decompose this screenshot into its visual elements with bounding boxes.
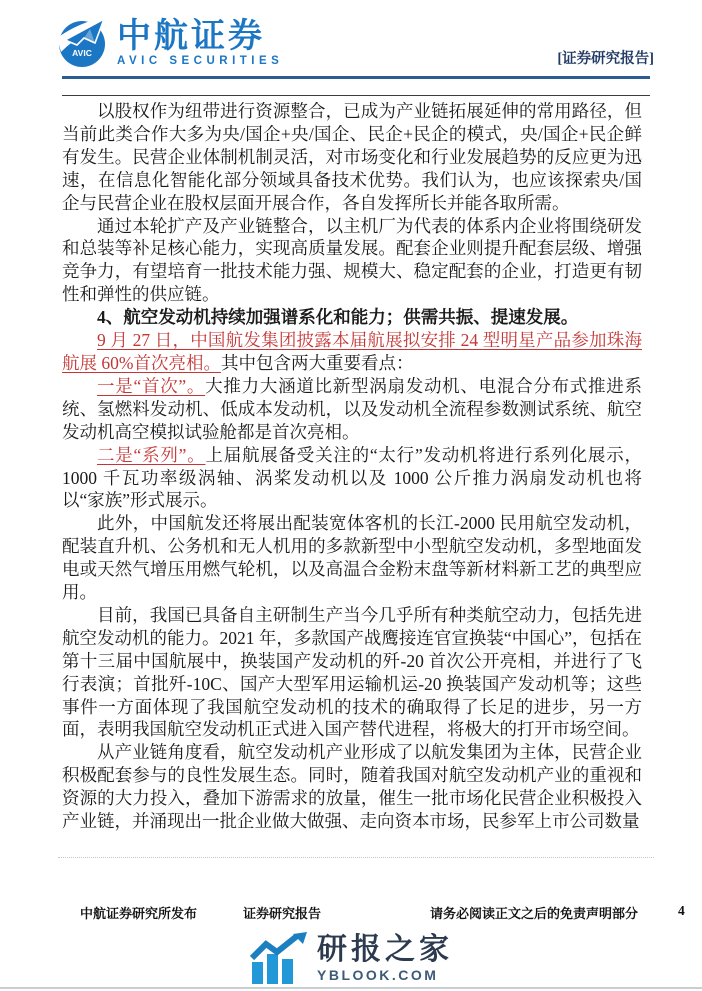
header-rule-thin <box>62 95 650 96</box>
page-bottom-edge <box>0 987 702 989</box>
footer-separator <box>58 857 654 858</box>
paragraph-other-exhibits: 此外，中国航发还将展出配装宽体客机的长江-2000 民用航空发动机，配装直升机、… <box>62 512 642 604</box>
watermark: 研报之家 YBLOOK.COM <box>0 932 702 984</box>
brand-name-en: AVIC SECURITIES <box>117 55 283 67</box>
section-heading-aeroengine: 4、航空发动机持续加强谱系化和能力；供需共振、提速发展。 <box>62 306 642 329</box>
watermark-site-url: YBLOOK.COM <box>317 967 453 983</box>
document-body: 以股权作为纽带进行资源整合，已成为产业链拓展延伸的常用路径，但当前此类合作大多为… <box>62 100 642 833</box>
footer-disclaimer: 请务必阅读正文之后的免责声明部分 <box>430 903 638 922</box>
header-rule-thick <box>62 76 650 79</box>
report-page: AVIC 中航证券 AVIC SECURITIES [证券研究报告] 以股权作为… <box>0 0 702 991</box>
report-tag: [证券研究报告] <box>557 47 654 68</box>
avic-logo-icon: AVIC <box>57 16 109 68</box>
brand-name-cn: 中航证券 <box>117 18 283 54</box>
paragraph-domestic-capability: 目前，我国已具备自主研制生产当今几乎所有种类航空动力，包括先进航空发动机的能力。… <box>62 604 642 741</box>
watermark-chart-icon <box>249 932 307 984</box>
page-number: 4 <box>678 903 685 919</box>
watermark-text: 研报之家 YBLOOK.COM <box>317 934 453 983</box>
paragraph-equity-integration: 以股权作为纽带进行资源整合，已成为产业链拓展延伸的常用路径，但当前此类合作大多为… <box>62 100 642 215</box>
watermark-site-name: 研报之家 <box>317 934 453 966</box>
paragraph-point-first: 一是“首次”。大推力大涵道比新型涡扇发动机、电混合分布式推进系统、氢燃料发动机、… <box>62 375 642 444</box>
page-footer: 中航证券研究所发布 证券研究报告 请务必阅读正文之后的免责声明部分 4 <box>0 903 702 923</box>
highlight-point-first: 一是“首次”。 <box>97 376 205 396</box>
footer-report-type: 证券研究报告 <box>243 903 321 922</box>
paragraph-expansion-integration: 通过本轮扩产及产业链整合，以主机厂为代表的体系内企业将围绕研发和总装等补足核心能… <box>62 215 642 307</box>
page-header: AVIC 中航证券 AVIC SECURITIES [证券研究报告] <box>0 0 702 98</box>
airshow-news-rest: 其中包含两大重要看点： <box>221 353 414 373</box>
brand-text: 中航证券 AVIC SECURITIES <box>117 18 283 67</box>
paragraph-point-series: 二是“系列”。上届航展备受关注的“太行”发动机将进行系列化展示，1000 千瓦功… <box>62 444 642 513</box>
footer-publisher: 中航证券研究所发布 <box>80 903 197 922</box>
paragraph-industry-chain: 从产业链角度看，航空发动机产业形成了以航发集团为主体，民营企业积极配套参与的良性… <box>62 741 642 833</box>
svg-text:AVIC: AVIC <box>72 48 92 58</box>
paragraph-airshow-announcement: 9 月 27 日，中国航发集团披露本届航展拟安排 24 型明星产品参加珠海航展 … <box>62 329 642 375</box>
brand-block: AVIC 中航证券 AVIC SECURITIES <box>57 16 283 68</box>
highlight-point-series: 二是“系列”。 <box>97 445 205 465</box>
